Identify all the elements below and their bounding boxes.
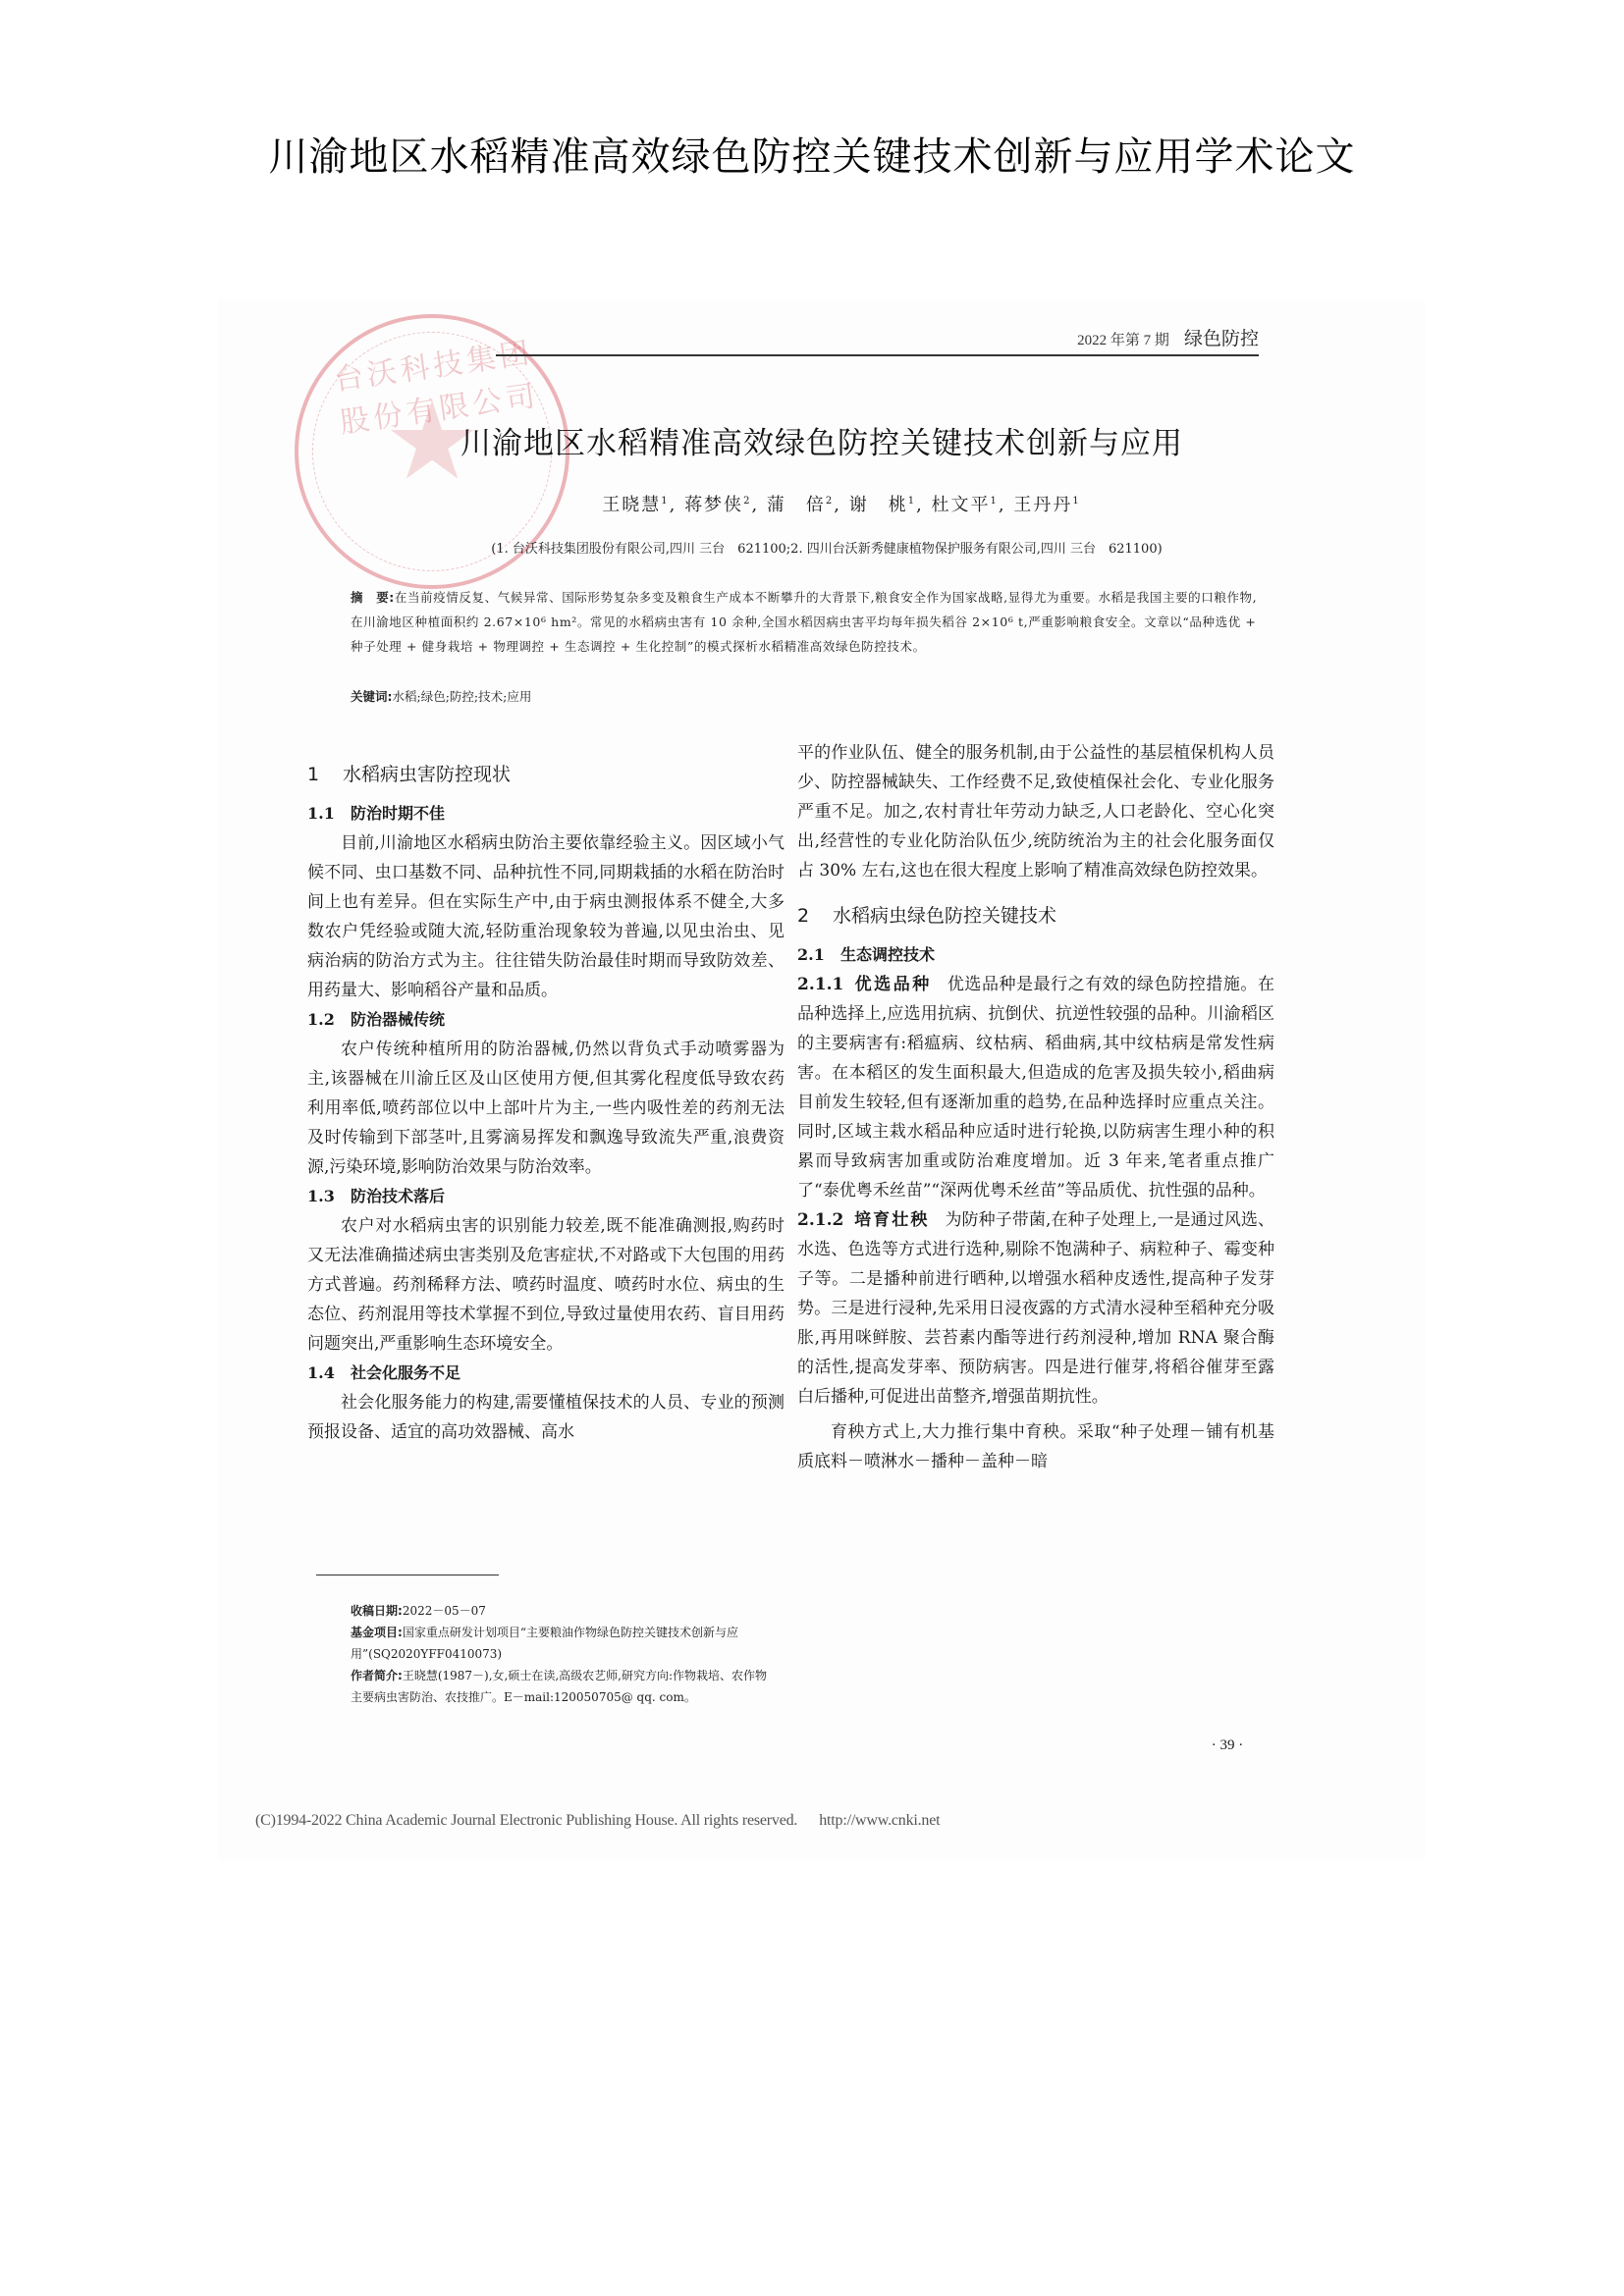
author-bio-value: 王晓慧(1987－),女,硕士在读,高级农艺师,研究方向:作物栽培、农作物主要病… bbox=[351, 1669, 767, 1704]
affiliation-mark: 2 bbox=[826, 496, 834, 507]
author: 谢 桃 bbox=[849, 495, 908, 515]
subsection-heading: 1.2防治器械传统 bbox=[307, 1005, 785, 1035]
journal-section: 绿色防控 bbox=[1184, 328, 1259, 349]
paragraph-text: 优选品种是最行之有效的绿色防控措施。在品种选择上,应选用抗病、抗倒伏、抗逆性较强… bbox=[797, 975, 1274, 1201]
subsection-title: 防治器械传统 bbox=[351, 1010, 445, 1029]
keywords-text: 水稻;绿色;防控;技术;应用 bbox=[393, 689, 532, 704]
paragraph-text: 为防种子带菌,在种子处理上,一是通过风选、水选、色选等方式进行选种,剔除不饱满种… bbox=[797, 1210, 1274, 1407]
abstract-text: 在当前疫情反复、气候异常、国际形势复杂多变及粮食生产成本不断攀升的大背景下,粮食… bbox=[351, 590, 1257, 654]
author-bio-label: 作者简介: bbox=[351, 1669, 403, 1682]
subsubsection-title: 优选品种 bbox=[854, 975, 932, 994]
paragraph: 农户对水稻病虫害的识别能力较差,既不能准确测报,购药时又无法准确描述病虫害类别及… bbox=[307, 1211, 785, 1359]
abstract-label: 摘 要: bbox=[351, 590, 395, 605]
subsection-title: 防治技术落后 bbox=[351, 1187, 445, 1205]
author: 蒋梦侠 bbox=[684, 495, 743, 515]
subsection-number: 2.1 bbox=[797, 940, 840, 970]
author-bio: 作者简介:王晓慧(1987－),女,硕士在读,高级农艺师,研究方向:作物栽培、农… bbox=[351, 1665, 768, 1708]
paragraph: 育秧方式上,大力推行集中育秧。采取“种子处理－铺有机基质底料－喷淋水－播种－盖种… bbox=[797, 1417, 1274, 1476]
footnote-divider bbox=[316, 1575, 499, 1575]
fund-value: 国家重点研发计划项目“主要粮油作物绿色防控关键技术创新与应用”(SQ2020YF… bbox=[351, 1626, 738, 1661]
subsection-number: 1.3 bbox=[307, 1182, 351, 1211]
subsection-heading: 2.1生态调控技术 bbox=[797, 940, 1274, 970]
subsubsection-number: 2.1.1 bbox=[797, 970, 854, 999]
paper-title: 川渝地区水稻精准高效绿色防控关键技术创新与应用 bbox=[0, 418, 1624, 462]
journal-issue: 2022 年第 7 期 bbox=[1077, 333, 1169, 348]
fund-label: 基金项目: bbox=[351, 1626, 403, 1639]
subsection-heading: 1.3防治技术落后 bbox=[307, 1182, 785, 1211]
author-list: 王晓慧1, 蒋梦侠2, 蒲 倍2, 谢 桃1, 杜文平1, 王丹丹1 bbox=[0, 491, 1624, 516]
affiliation-mark: 1 bbox=[1072, 496, 1080, 507]
subsection-heading: 1.4社会化服务不足 bbox=[307, 1359, 785, 1388]
affiliation-mark: 2 bbox=[743, 496, 751, 507]
keywords-label: 关键词: bbox=[351, 689, 393, 704]
subsection-title: 生态调控技术 bbox=[840, 945, 935, 964]
subsection-number: 1.4 bbox=[307, 1359, 351, 1388]
received-date: 收稿日期:2022－05－07 bbox=[351, 1600, 768, 1622]
cnki-link[interactable]: http://www.cnki.net bbox=[819, 1812, 940, 1829]
affiliations: (1. 台沃科技集团股份有限公司,四川 三台 621100;2. 四川台沃新秀健… bbox=[0, 538, 1624, 557]
paragraph: 平的作业队伍、健全的服务机制,由于公益性的基层植保机构人员少、防控器械缺失、工作… bbox=[797, 738, 1274, 885]
affiliation-mark: 1 bbox=[991, 496, 999, 507]
section-heading: 2水稻病虫绿色防控关键技术 bbox=[797, 901, 1274, 931]
paragraph: 农户传统种植所用的防治器械,仍然以背负式手动喷雾器为主,该器械在川渝丘区及山区使… bbox=[307, 1035, 785, 1182]
section-heading: 1水稻病虫害防控现状 bbox=[307, 760, 785, 789]
fund-info: 基金项目:国家重点研发计划项目“主要粮油作物绿色防控关键技术创新与应用”(SQ2… bbox=[351, 1622, 768, 1665]
paragraph: 2.1.1优选品种优选品种是最行之有效的绿色防控措施。在品种选择上,应选用抗病、… bbox=[797, 970, 1274, 1205]
subsection-heading: 1.1防治时期不佳 bbox=[307, 799, 785, 828]
affiliation-mark: 1 bbox=[908, 496, 916, 507]
subsection-number: 1.2 bbox=[307, 1005, 351, 1035]
subsubsection-title: 培育壮秧 bbox=[854, 1210, 929, 1230]
affiliation-mark: 1 bbox=[661, 496, 669, 507]
section-title: 水稻病虫绿色防控关键技术 bbox=[833, 905, 1056, 927]
footnotes: 收稿日期:2022－05－07 基金项目:国家重点研发计划项目“主要粮油作物绿色… bbox=[351, 1600, 768, 1708]
copyright-footer: (C)1994-2022 China Academic Journal Elec… bbox=[255, 1812, 1335, 1830]
paragraph: 目前,川渝地区水稻病虫防治主要依靠经验主义。因区域小气候不同、虫口基数不同、品种… bbox=[307, 828, 785, 1005]
paragraph: 社会化服务能力的构建,需要懂植保技术的人员、专业的预测预报设备、适宜的高功效器械… bbox=[307, 1388, 785, 1447]
author: 王晓慧 bbox=[602, 495, 661, 515]
subsubsection-number: 2.1.2 bbox=[797, 1205, 854, 1235]
copyright-text: (C)1994-2022 China Academic Journal Elec… bbox=[255, 1812, 797, 1829]
paragraph: 2.1.2培育壮秧为防种子带菌,在种子处理上,一是通过风选、水选、色选等方式进行… bbox=[797, 1205, 1274, 1412]
document-title: 川渝地区水稻精准高效绿色防控关键技术创新与应用学术论文 bbox=[0, 126, 1624, 182]
subsection-title: 防治时期不佳 bbox=[351, 804, 445, 823]
right-column: 平的作业队伍、健全的服务机制,由于公益性的基层植保机构人员少、防控器械缺失、工作… bbox=[797, 738, 1274, 1476]
author: 蒲 倍 bbox=[767, 495, 826, 515]
author: 王丹丹 bbox=[1013, 495, 1072, 515]
section-title: 水稻病虫害防控现状 bbox=[343, 764, 511, 785]
left-column: 1水稻病虫害防控现状 1.1防治时期不佳 目前,川渝地区水稻病虫防治主要依靠经验… bbox=[307, 756, 785, 1447]
keywords: 关键词:水稻;绿色;防控;技术;应用 bbox=[351, 687, 1264, 705]
subsection-number: 1.1 bbox=[307, 799, 351, 828]
section-number: 2 bbox=[797, 901, 833, 931]
page-number: · 39 · bbox=[1198, 1737, 1257, 1754]
running-head: 2022 年第 7 期 绿色防控 bbox=[496, 324, 1259, 356]
abstract: 摘 要:在当前疫情反复、气候异常、国际形势复杂多变及粮食生产成本不断攀升的大背景… bbox=[351, 585, 1264, 659]
received-label: 收稿日期: bbox=[351, 1604, 403, 1618]
section-number: 1 bbox=[307, 760, 343, 789]
subsection-title: 社会化服务不足 bbox=[351, 1363, 460, 1382]
received-value: 2022－05－07 bbox=[403, 1604, 486, 1618]
author: 杜文平 bbox=[932, 495, 991, 515]
